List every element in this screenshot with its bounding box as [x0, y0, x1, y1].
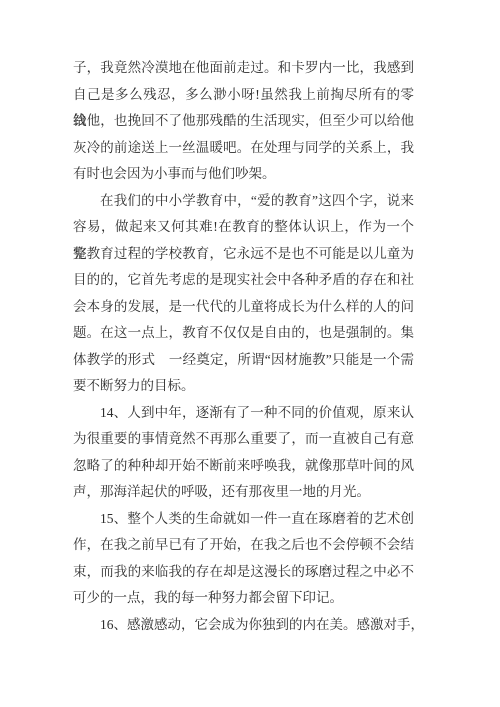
text-line: 整教育过程的学校教育，它永远不是也不可能是以儿童为 [73, 241, 414, 268]
document-text-block: 子，我竟然冷漠地在他面前走过。和卡罗内一比，我感到自己是多么残忍，多么渺小呀!虽… [73, 55, 414, 638]
document-page: 子，我竟然冷漠地在他面前走过。和卡罗内一比，我感到自己是多么残忍，多么渺小呀!虽… [0, 0, 500, 707]
text-line: 有时也会因为小事而与他们吵架。 [73, 161, 414, 188]
text-line: 为很重要的事情竟然不再那么重要了，而一直被自己有意 [73, 426, 414, 453]
text-line: 束，而我的来临我的存在却是这漫长的琢磨过程之中必不 [73, 559, 414, 586]
text-line: 给他，也挽回不了他那残酷的生活现实，但至少可以给他 [73, 108, 414, 135]
text-line: 目的的，它首先考虑的是现实社会中各种矛盾的存在和社 [73, 267, 414, 294]
text-line: 16、感激感动，它会成为你独到的内在美。感激对手， [73, 612, 414, 639]
text-line: 容易，做起来又何其难!在教育的整体认识上，作为一个完 [73, 214, 414, 241]
text-line: 题。在这一点上，教育不仅仅是自由的，也是强制的。集 [73, 320, 414, 347]
text-line: 体教学的形式 一经奠定，所谓“因材施教”只能是一个需 [73, 347, 414, 374]
text-line: 要不断努力的目标。 [73, 373, 414, 400]
text-line: 15、整个人类的生命就如一件一直在琢磨着的艺术创 [73, 506, 414, 533]
text-line: 会本身的发展，是一代代的儿童将成长为什么样的人的问 [73, 294, 414, 321]
text-line: 声，那海洋起伏的呼吸，还有那夜里一地的月光。 [73, 479, 414, 506]
text-line: 14、人到中年，逐渐有了一种不同的价值观，原来认 [73, 400, 414, 427]
text-line: 灰冷的前途送上一丝温暖吧。在处理与同学的关系上，我 [73, 135, 414, 162]
text-line: 作，在我之前早已有了开始，在我之后也不会停顿不会结 [73, 532, 414, 559]
text-line: 子，我竟然冷漠地在他面前走过。和卡罗内一比，我感到 [73, 55, 414, 82]
text-line: 自己是多么残忍，多么渺小呀!虽然我上前掏尽所有的零钱 [73, 82, 414, 109]
text-line: 在我们的中小学教育中，“爱的教育”这四个字，说来 [73, 188, 414, 215]
text-line: 忽略了的种种却开始不断前来呼唤我，就像那草叶间的风 [73, 453, 414, 480]
text-line: 可少的一点，我的每一种努力都会留下印记。 [73, 585, 414, 612]
